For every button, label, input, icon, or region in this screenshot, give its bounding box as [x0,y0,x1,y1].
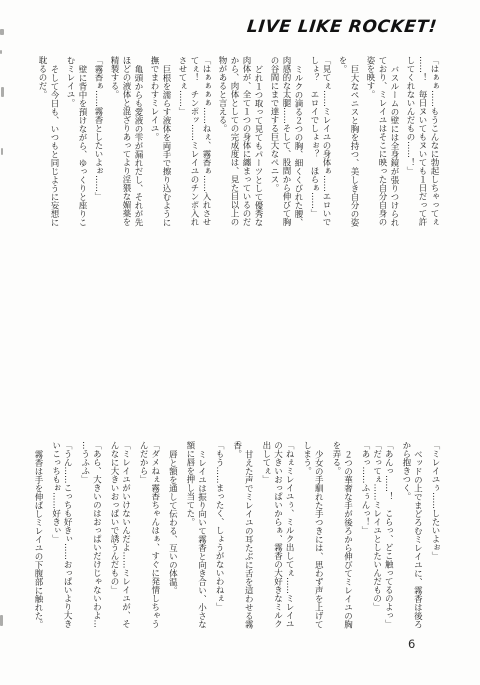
text-line: 「はぁぁぁぁ……ねぇ、霧香ぁ……入れさせ [200,56,212,238]
text-line: んなに大きいおっぱいで誘うんだもの」 [107,441,119,639]
text-line: 巨大なペニスと胸を持つ、美しき自分の姿 [348,56,360,238]
text-line: ミルクの滴る２つの胸、細くくびれた腰、 [292,56,304,238]
text-line: しまう。 [300,441,312,639]
text-line: 「ミレイユぅ……したいよぉ」 [428,441,440,639]
text-line: 「ミレイユがいけないんだよ……ミレイユが、そ [119,441,131,639]
scan-artifact [1,87,4,97]
text-line: 霧香は手を伸ばしミレイユの下腹部に触れた。 [31,441,43,639]
text-line: 「見てぇ……ミレイユの身体ぁ……エロいで [320,56,332,238]
text-line: 撫でまわすミレイユ。 [148,56,160,238]
main-text-top: 「はぁぁ……もうこんなに勃起しちゃってぇ……！ 毎日ヌいてもヌいても１日だって許… [36,56,440,238]
page-number: 6 [408,637,415,651]
text-line: させてぇ……」 [176,56,188,238]
text-line: 出してぇ」 [259,441,271,639]
text-line: ミレイユは振り向いて霧香と向き合い、小さな [195,441,207,639]
text-line: むミレイユ。 [64,56,76,238]
text-line: そして今日も、いつもと同じように妄想に [48,56,60,238]
text-line: 甘えた声でミレイユの耳たぶに舌を這わせる霧 [242,441,254,639]
text-line: を弄る。 [329,441,341,639]
text-line: 「ねぇミレイユぅ、ミルク出してぇ……ミレイユ [282,441,294,639]
text-line: ベッドの上でまどろむミレイユに、霧香は後ろ [411,441,423,639]
text-line: から抱きつく。 [399,441,411,639]
text-line: してくれないんだもの……！」 [404,56,416,238]
text-line: 少女の手馴れた手つきには、思わず声を上げて [312,441,324,639]
page-title: LIVE LIKE ROCKET! [246,17,438,37]
text-line: 肉感的な太腿……そして、股間から伸びて胸 [280,56,292,238]
text-line: 亀頭からも愛液の雫が漏れだし、それが先 [132,56,144,238]
text-line: 「ダメねぇ霧香ちゃんはぁ、すぐに発情しちゃう [148,441,160,639]
text-line: を。 [336,56,348,238]
text-line: 耽るのだ。 [36,56,48,238]
text-line: の谷間にまで達する巨大なペニス。 [268,56,280,238]
text-line: 「あら、大きいのはおっぱいだけじゃないわよ… [90,441,102,639]
text-line: んだから」 [137,441,149,639]
text-line: てぇ！ チンポッ……ミレイユのチンポ入れ [188,56,200,238]
text-line: どれ１つ取って見てもパーツとして優秀な [252,56,264,238]
scan-artifact [0,29,4,35]
text-line: 唇と額を通して伝わる、互いの体温。 [166,441,178,639]
text-line: 姿を映す。 [364,56,376,238]
text-line: しょ？ エロイでしょぉ？ ほらぁ……」 [308,56,320,238]
text-line: 額に唇を押し当てた。 [183,441,195,639]
text-line: 肉体が、全て１つの身体に纏まっているのだ [240,56,252,238]
text-line: ほどの液体と混ざりあってより淫猥な媚薬を [120,56,132,238]
text-line: 「はぁぁ……もうこんなに勃起しちゃってぇ [428,56,440,238]
text-line: ており、ミレイユはそこに映った自分自身の [376,56,388,238]
scan-artifact [1,148,3,155]
text-line: 「霧香ぁ……霧香としたいよぉ……」 [92,56,104,238]
text-line: いこっちもぉ……好きぃ」 [49,441,61,639]
scan-artifact [0,615,3,626]
text-line: …うふふ」 [78,441,90,639]
main-text-bottom: 「ミレイユぅ……したいよぉ」ベッドの上でまどろむミレイユに、霧香は後ろから抱きつ… [31,441,440,639]
text-line: 物があると言える。 [216,56,228,238]
text-line: ２つの華奢な手が後ろから伸びてミレイユの胸 [341,441,353,639]
text-line: 「あっ……ふぅんっ！」 [358,441,370,639]
scanned-page: LIVE LIKE ROCKET! 「はぁぁ……もうこんなに勃起しちゃってぇ……… [0,0,480,685]
text-line: 「あんっ……！ こらっ、どこ触ってるのよっ」 [382,441,394,639]
text-line: ……！ 毎日ヌいてもヌいても１日だって許 [416,56,428,238]
text-line: から、肉体としての完成度は、見た目以上の [228,56,240,238]
text-line: 巨根を濡らす液体を両手で擦り込むように [160,56,172,238]
text-line: 「うん……こっちも好きぃ……おっぱいより大き [61,441,73,639]
text-line: 精製する。 [108,56,120,238]
text-line: 香。 [230,441,242,639]
text-line: の大きいおっぱいからぁ、霧香の大好きなミルク [271,441,283,639]
scan-artifact [0,50,2,54]
text-line: 「だってぇ……ミレイユとしたいんだもの」 [370,441,382,639]
text-line: 壁に背中を預けながら、ゆっくりと座りこ [76,56,88,238]
text-line: 「もう……まったく、しょうがないわねぇ」 [213,441,225,639]
text-line: バスルームの壁には全身鏡が張りつけられ [388,56,400,238]
